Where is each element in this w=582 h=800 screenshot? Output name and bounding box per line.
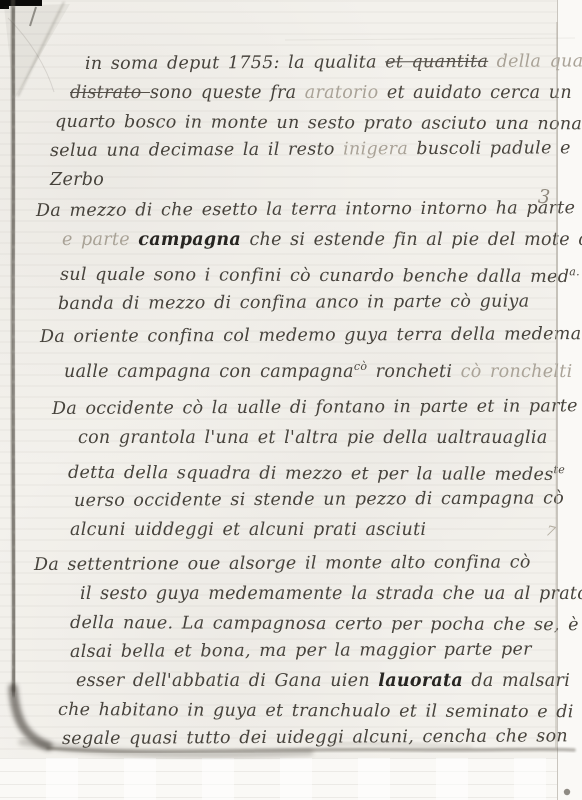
text-segment: in soma deput 1755: la qualita <box>85 52 385 74</box>
text-line: segale quasi tutto dei uideggi alcuni, c… <box>62 723 557 755</box>
text-segment: della naue. La campagnosa certo per poch… <box>70 613 579 635</box>
text-segment: sono queste fra <box>150 83 305 103</box>
text-line: Da oriente confina col medemo guya terra… <box>40 320 557 352</box>
manuscript-scan: in soma deput 1755: la qualita et quanti… <box>0 0 582 800</box>
text-segment: da malsari <box>463 671 570 691</box>
text-segment: Da occidente cò la ualle di fontano in p… <box>52 396 578 419</box>
text-segment: banda di mezzo di confina anco in parte … <box>58 291 530 313</box>
text-segment: campagna <box>138 230 241 250</box>
text-line: il sesto guya medemamente la strada che … <box>80 580 557 609</box>
text-segment: buscoli padule e <box>408 138 571 159</box>
text-segment: uerso occidente si stende un pezzo di ca… <box>74 489 564 512</box>
text-segment: et quantita <box>385 52 488 73</box>
paragraph: Da occidente cò la ualle di fontano in p… <box>0 395 557 546</box>
text-segment: aratorio <box>305 83 379 103</box>
text-segment: della qual <box>488 51 582 72</box>
text-segment: lauorata <box>378 671 463 691</box>
text-segment: quarto bosco in monte un sesto prato asc… <box>55 112 582 135</box>
text-segment: Zerbo <box>50 170 104 190</box>
text-segment: segale quasi tutto dei uideggi alcuni, c… <box>62 727 568 750</box>
text-line: ualle campagna con campagnacò roncheti c… <box>64 352 557 387</box>
text-segment: cò ronchelti <box>461 362 573 382</box>
text-segment: che si estende fin al pie del mote oppos… <box>241 230 582 250</box>
text-line: Da settentrione oue alsorge il monte alt… <box>34 549 557 581</box>
text-segment: Da settentrione oue alsorge il monte alt… <box>34 553 531 576</box>
text-segment: il sesto guya medemamente la strada che … <box>80 584 582 604</box>
text-segment: cò <box>354 360 367 373</box>
text-segment: sul quale sono i confini cò cunardo benc… <box>60 265 569 287</box>
text-segment: selua una decimase la il resto <box>50 139 343 161</box>
text-segment: et auidato cerca un <box>378 83 571 103</box>
text-line: in soma deput 1755: la qualita et quanti… <box>85 48 557 79</box>
text-segment: te <box>553 463 565 476</box>
text-segment: detta della squadra di mezzo et per la u… <box>68 462 554 484</box>
manuscript-text: in soma deput 1755: la qualita et quanti… <box>0 50 557 754</box>
text-line: banda di mezzo di confina anco in parte … <box>58 287 557 319</box>
text-segment: con grantola l'una et l'altra pie della … <box>78 428 548 448</box>
text-line: e parte campagna che si estende fin al p… <box>62 226 557 255</box>
text-segment: alsai bella et bona, ma per la maggior p… <box>70 640 532 662</box>
text-segment: Da mezzo di che esetto la terra intorno … <box>36 198 582 221</box>
text-segment: e parte <box>62 230 138 250</box>
text-line: alcuni uiddeggi et alcuni prati asciuti <box>70 516 557 545</box>
text-segment: esser dell'abbatia di Gana uien <box>76 671 378 691</box>
text-line: Zerbo <box>50 166 557 195</box>
text-segment: a. <box>569 265 580 278</box>
text-line: selua una decimase la il resto inigera b… <box>50 134 557 166</box>
text-segment: roncheti <box>367 362 460 382</box>
paragraph: in soma deput 1755: la qualita et quanti… <box>0 50 557 195</box>
text-segment: inigera <box>343 139 408 159</box>
page-number: 3 <box>537 186 551 209</box>
text-line: alsai bella et bona, ma per la maggior p… <box>70 636 557 668</box>
text-line: sul quale sono i confini cò cunardo benc… <box>60 255 557 292</box>
text-line: con grantola l'una et l'altra pie della … <box>78 424 557 453</box>
text-segment: Da oriente confina col medemo guya terra… <box>40 324 582 347</box>
text-segment: distrato <box>70 83 150 103</box>
text-segment: che habitano in guya et tranchualo et il… <box>58 700 574 722</box>
text-line: Da mezzo di che esetto la terra intorno … <box>36 194 557 226</box>
text-line: distrato sono queste fra aratorio et aui… <box>70 79 557 108</box>
text-segment: ualle campagna con campagna <box>64 362 354 382</box>
paragraph: Da oriente confina col medemo guya terra… <box>0 323 557 387</box>
text-line: uerso occidente si stende un pezzo di ca… <box>74 485 557 517</box>
text-line: esser dell'abbatia di Gana uien lauorata… <box>76 667 557 696</box>
scanner-backing-strip <box>0 758 557 800</box>
text-line: Da occidente cò la ualle di fontano in p… <box>52 392 557 424</box>
paragraph: Da settentrione oue alsorge il monte alt… <box>0 551 557 754</box>
paragraph: Da mezzo di che esetto la terra intorno … <box>0 197 557 319</box>
text-segment: alcuni uiddeggi et alcuni prati asciuti <box>70 520 426 540</box>
